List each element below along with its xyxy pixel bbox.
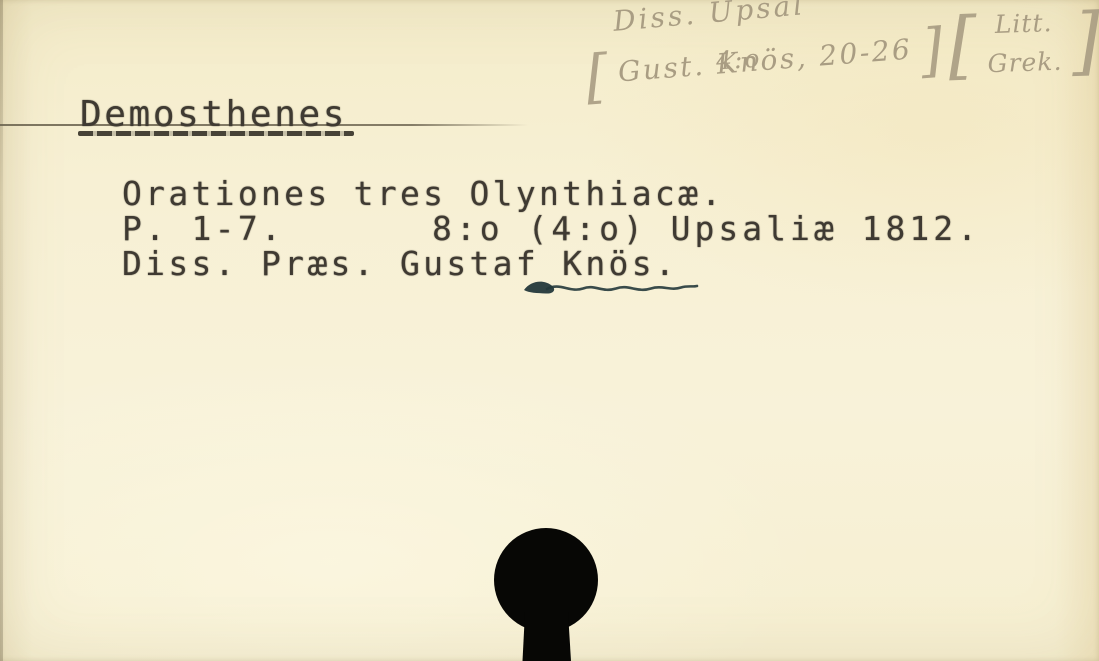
classification-line-grek: Grek. — [987, 49, 1063, 77]
hand-bracket-close: ] — [918, 20, 945, 80]
scan-edge-shadow — [0, 0, 3, 661]
classification-line-litt: Litt. — [986, 10, 1062, 38]
format-imprint-text: 8:o (4:o) Upsaliæ 1812. — [432, 212, 981, 245]
scanned-catalog-card-page: Demosthenes Orationes tres Olynthiacæ. P… — [0, 0, 1099, 661]
pagination-text: P. 1-7. — [122, 212, 284, 245]
pencil-attribution-text: Gust. Knös, 20-26 — [607, 35, 922, 91]
title-line: Orationes tres Olynthiacæ. — [122, 177, 724, 210]
author-heading: Demosthenes — [80, 97, 347, 133]
wavy-underline-mark — [520, 276, 700, 300]
pencil-note-classification: [ Litt. Grek. ] — [947, 3, 1099, 82]
hand-bracket-close: ] — [1070, 3, 1099, 78]
hand-bracket-open: [ — [583, 46, 610, 106]
author-heading-underline — [78, 131, 354, 136]
hand-bracket-open: [ — [947, 8, 978, 83]
keyhole-punch-hole — [476, 524, 616, 661]
classification-column: Litt. Grek. — [976, 9, 1073, 76]
